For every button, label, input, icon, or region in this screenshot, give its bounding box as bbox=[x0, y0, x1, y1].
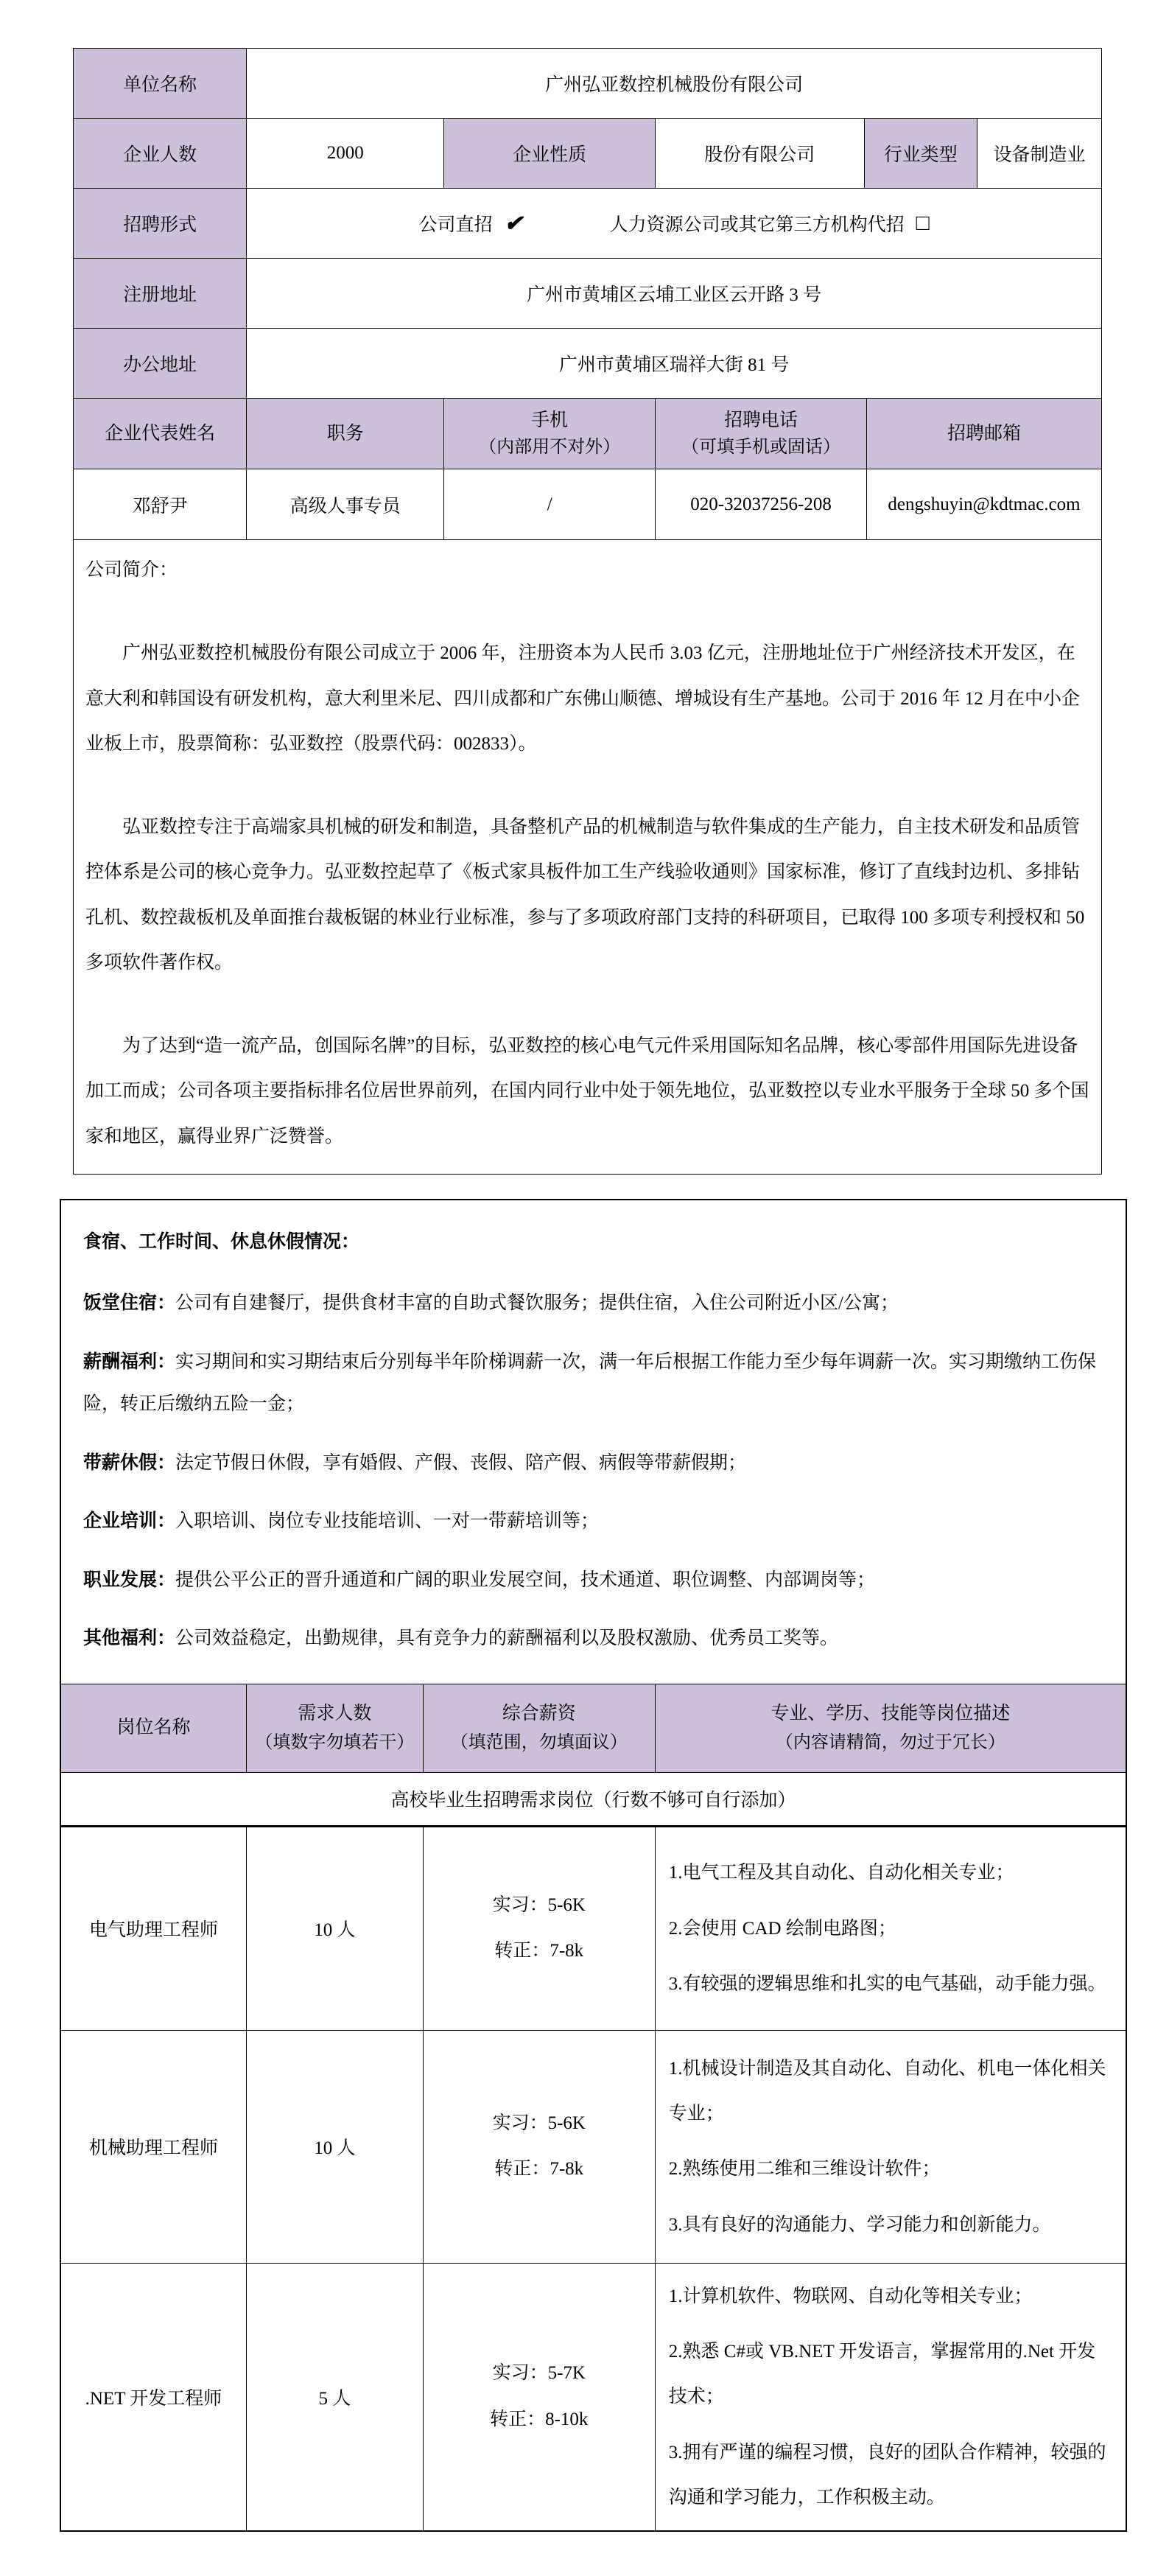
job-desc-item: 1.机械设计制造及其自动化、自动化、机电一体化相关专业； bbox=[669, 2046, 1112, 2137]
agency-recruit-option: 人力资源公司或其它第三方机构代招 □ bbox=[610, 210, 930, 237]
welfare-item-other: 其他福利：公司效益稳定，出勤规律，具有竞争力的薪酬福利以及股权激励、优秀员工奖等… bbox=[83, 1617, 1103, 1660]
job-salary: 实习：5-7K 转正：8-10k bbox=[423, 2263, 655, 2530]
company-profile-cell: 公司简介： 广州弘亚数控机械股份有限公司成立于 2006 年，注册资本为人民币 … bbox=[73, 540, 1102, 1175]
company-profile-title: 公司简介： bbox=[85, 547, 1089, 592]
welfare-item-text: 实习期间和实习期结束后分别每半年阶梯调薪一次，满一年后根据工作能力至少每年调薪一… bbox=[83, 1352, 1096, 1415]
contact-table: 企业代表姓名 职务 手机 （内部用不对外） 招聘电话 （可填手机或固话） 招聘邮… bbox=[73, 398, 1102, 540]
job-salary: 实习：5-6K 转正：7-8k bbox=[423, 2030, 655, 2263]
job-salary-header-note: （填范围，勿填面议） bbox=[431, 1729, 647, 1757]
direct-recruit-option: 公司直招 ✔ bbox=[418, 210, 522, 237]
welfare-item-label: 带薪休假： bbox=[83, 1453, 175, 1473]
contact-email-header: 招聘邮箱 bbox=[867, 399, 1102, 469]
job-description: 1.电气工程及其自动化、自动化相关专业； 2.会使用 CAD 绘制电路图； 3.… bbox=[655, 1826, 1126, 2030]
welfare-item-text: 公司有自建餐厅，提供食材丰富的自助式餐饮服务；提供住宿，入住公司附近小区/公寓； bbox=[175, 1293, 899, 1313]
contact-name-value: 邓舒尹 bbox=[74, 469, 247, 540]
job-row-electrical-engineer: 电气助理工程师 10 人 实习：5-6K 转正：7-8k 1.电气工程及其自动化… bbox=[61, 1826, 1126, 2030]
welfare-item-text: 提供公平公正的晋升通道和广阔的职业发展空间，技术通道、职位调整、内部调岗等； bbox=[175, 1570, 875, 1590]
nature-label: 企业性质 bbox=[444, 119, 656, 189]
job-salary-intern: 实习：5-6K bbox=[431, 2101, 647, 2147]
headcount-label: 企业人数 bbox=[74, 119, 247, 189]
welfare-item-training: 企业培训：入职培训、岗位专业技能培训、一对一带薪培训等； bbox=[83, 1500, 1103, 1543]
welfare-item-salary: 薪酬福利：实习期间和实习期结束后分别每半年阶梯调薪一次，满一年后根据工作能力至少… bbox=[83, 1341, 1103, 1426]
job-desc-item: 2.熟悉 C#或 VB.NET 开发语言，掌握常用的.Net 开发技术； bbox=[669, 2329, 1112, 2420]
direct-recruit-label: 公司直招 bbox=[418, 210, 492, 237]
job-count-header: 需求人数 （填数字勿填若干） bbox=[246, 1684, 423, 1772]
recruit-form-label: 招聘形式 bbox=[74, 189, 247, 259]
job-salary-regular: 转正：7-8k bbox=[431, 1928, 647, 1975]
jobs-section-title: 高校毕业生招聘需求岗位（行数不够可自行添加） bbox=[61, 1772, 1126, 1826]
company-profile-paragraph: 广州弘亚数控机械股份有限公司成立于 2006 年，注册资本为人民币 3.03 亿… bbox=[85, 631, 1089, 766]
job-position-header: 岗位名称 bbox=[61, 1684, 246, 1772]
unit-name-row: 单位名称 广州弘亚数控机械股份有限公司 bbox=[74, 49, 1102, 119]
welfare-item-career: 职业发展：提供公平公正的晋升通道和广阔的职业发展空间，技术通道、职位调整、内部调… bbox=[83, 1559, 1103, 1602]
agency-recruit-checkbox-icon[interactable]: □ bbox=[916, 211, 930, 236]
welfare-item-text: 公司效益稳定，出勤规律，具有竞争力的薪酬福利以及股权激励、优秀员工奖等。 bbox=[175, 1628, 838, 1648]
job-salary-header-main: 综合薪资 bbox=[431, 1699, 647, 1729]
registered-address-value: 广州市黄埔区云埔工业区云开路 3 号 bbox=[247, 259, 1102, 329]
office-address-label: 办公地址 bbox=[74, 329, 247, 399]
contact-phone-header: 招聘电话 （可填手机或固话） bbox=[656, 399, 867, 469]
job-salary: 实习：5-6K 转正：7-8k bbox=[423, 1826, 655, 2030]
job-position: .NET 开发工程师 bbox=[61, 2263, 246, 2530]
document-page: 单位名称 广州弘亚数控机械股份有限公司 企业人数 2000 企业性质 股份有限公… bbox=[0, 0, 1169, 2532]
jobs-section-row: 高校毕业生招聘需求岗位（行数不够可自行添加） bbox=[61, 1772, 1126, 1826]
welfare-item-text: 法定节假日休假，享有婚假、产假、丧假、陪产假、病假等带薪假期； bbox=[175, 1453, 746, 1473]
contact-header-row: 企业代表姓名 职务 手机 （内部用不对外） 招聘电话 （可填手机或固话） 招聘邮… bbox=[74, 399, 1102, 469]
job-salary-regular: 转正：7-8k bbox=[431, 2146, 647, 2193]
job-desc-item: 3.有较强的逻辑思维和扎实的电气基础，动手能力强。 bbox=[669, 1961, 1112, 2006]
contact-title-value: 高级人事专员 bbox=[247, 469, 444, 540]
contact-title-header: 职务 bbox=[247, 399, 444, 469]
recruit-form-value: 公司直招 ✔ 人力资源公司或其它第三方机构代招 □ bbox=[247, 189, 1102, 259]
contact-phone-value: 020-32037256-208 bbox=[656, 469, 867, 540]
contact-mobile-header-main: 手机 bbox=[452, 407, 647, 435]
job-desc-header-note: （内容请精简，勿过于冗长） bbox=[663, 1729, 1118, 1757]
contact-data-row: 邓舒尹 高级人事专员 / 020-32037256-208 dengshuyin… bbox=[74, 469, 1102, 540]
job-row-dotnet-engineer: .NET 开发工程师 5 人 实习：5-7K 转正：8-10k 1.计算机软件、… bbox=[61, 2263, 1126, 2530]
welfare-and-jobs-table: 食宿、工作时间、休息休假情况： 饭堂住宿：公司有自建餐厅，提供食材丰富的自助式餐… bbox=[60, 1199, 1127, 2532]
welfare-item-text: 入职培训、岗位专业技能培训、一对一带薪培训等； bbox=[175, 1511, 599, 1531]
job-desc-header: 专业、学历、技能等岗位描述 （内容请精简，勿过于冗长） bbox=[655, 1684, 1126, 1772]
job-desc-item: 3.拥有严谨的编程习惯，良好的团队合作精神，较强的沟通和学习能力，工作积极主动。 bbox=[669, 2430, 1112, 2521]
contact-mobile-value: / bbox=[444, 469, 656, 540]
welfare-item-label: 职业发展： bbox=[83, 1570, 175, 1590]
contact-email-value: dengshuyin@kdtmac.com bbox=[867, 469, 1102, 540]
job-desc-item: 1.电气工程及其自动化、自动化相关专业； bbox=[669, 1850, 1112, 1895]
contact-mobile-header: 手机 （内部用不对外） bbox=[444, 399, 656, 469]
job-desc-item: 2.熟练使用二维和三维设计软件； bbox=[669, 2146, 1112, 2191]
job-count: 10 人 bbox=[246, 2030, 423, 2263]
job-description: 1.计算机软件、物联网、自动化等相关专业； 2.熟悉 C#或 VB.NET 开发… bbox=[655, 2263, 1126, 2530]
company-info-table: 单位名称 广州弘亚数控机械股份有限公司 企业人数 2000 企业性质 股份有限公… bbox=[73, 48, 1102, 1175]
job-salary-intern: 实习：5-6K bbox=[431, 1883, 647, 1929]
unit-name-value: 广州弘亚数控机械股份有限公司 bbox=[247, 49, 1102, 119]
welfare-item-label: 饭堂住宿： bbox=[83, 1293, 175, 1313]
headcount-value: 2000 bbox=[247, 119, 444, 189]
company-profile-paragraph: 弘亚数控专注于高端家具机械的研发和制造，具备整机产品的机械制造与软件集成的生产能… bbox=[85, 805, 1089, 985]
recruit-form-row: 招聘形式 公司直招 ✔ 人力资源公司或其它第三方机构代招 □ bbox=[74, 189, 1102, 259]
job-salary-header: 综合薪资 （填范围，勿填面议） bbox=[423, 1684, 655, 1772]
registered-address-row: 注册地址 广州市黄埔区云埔工业区云开路 3 号 bbox=[74, 259, 1102, 329]
contact-mobile-header-note: （内部用不对外） bbox=[452, 434, 647, 461]
industry-label: 行业类型 bbox=[864, 119, 977, 189]
job-desc-header-main: 专业、学历、技能等岗位描述 bbox=[663, 1699, 1118, 1729]
job-desc-item: 2.会使用 CAD 绘制电路图； bbox=[669, 1906, 1112, 1951]
contact-name-header: 企业代表姓名 bbox=[74, 399, 247, 469]
agency-recruit-label: 人力资源公司或其它第三方机构代招 bbox=[610, 210, 905, 237]
company-basic-table: 单位名称 广州弘亚数控机械股份有限公司 企业人数 2000 企业性质 股份有限公… bbox=[73, 48, 1102, 399]
job-salary-intern: 实习：5-7K bbox=[431, 2351, 647, 2397]
jobs-header-row: 岗位名称 需求人数 （填数字勿填若干） 综合薪资 （填范围，勿填面议） 专业、学… bbox=[61, 1684, 1126, 1772]
contact-phone-header-main: 招聘电话 bbox=[663, 407, 859, 435]
job-salary-regular: 转正：8-10k bbox=[431, 2397, 647, 2443]
job-desc-item: 3.具有良好的沟通能力、学习能力和创新能力。 bbox=[669, 2202, 1112, 2247]
office-address-row: 办公地址 广州市黄埔区瑞祥大街 81 号 bbox=[74, 329, 1102, 399]
welfare-item-label: 薪酬福利： bbox=[83, 1352, 175, 1372]
jobs-table: 岗位名称 需求人数 （填数字勿填若干） 综合薪资 （填范围，勿填面议） 专业、学… bbox=[61, 1684, 1126, 2530]
job-count-header-note: （填数字勿填若干） bbox=[254, 1729, 415, 1757]
welfare-section: 食宿、工作时间、休息休假情况： 饭堂住宿：公司有自建餐厅，提供食材丰富的自助式餐… bbox=[61, 1200, 1126, 1684]
job-position: 机械助理工程师 bbox=[61, 2030, 246, 2263]
industry-value: 设备制造业 bbox=[977, 119, 1102, 189]
nature-value: 股份有限公司 bbox=[656, 119, 864, 189]
office-address-value: 广州市黄埔区瑞祥大街 81 号 bbox=[247, 329, 1102, 399]
job-count: 10 人 bbox=[246, 1826, 423, 2030]
welfare-item-label: 企业培训： bbox=[83, 1511, 175, 1531]
job-position: 电气助理工程师 bbox=[61, 1826, 246, 2030]
welfare-title: 食宿、工作时间、休息休假情况： bbox=[83, 1221, 1103, 1264]
welfare-item-paid-leave: 带薪休假：法定节假日休假，享有婚假、产假、丧假、陪产假、病假等带薪假期； bbox=[83, 1442, 1103, 1485]
job-count-header-main: 需求人数 bbox=[254, 1699, 415, 1729]
direct-recruit-checked-icon[interactable]: ✔ bbox=[504, 211, 522, 237]
job-row-mechanical-engineer: 机械助理工程师 10 人 实习：5-6K 转正：7-8k 1.机械设计制造及其自… bbox=[61, 2030, 1126, 2263]
job-count: 5 人 bbox=[246, 2263, 423, 2530]
welfare-item-canteen: 饭堂住宿：公司有自建餐厅，提供食材丰富的自助式餐饮服务；提供住宿，入住公司附近小… bbox=[83, 1282, 1103, 1325]
unit-name-label: 单位名称 bbox=[74, 49, 247, 119]
job-description: 1.机械设计制造及其自动化、自动化、机电一体化相关专业； 2.熟练使用二维和三维… bbox=[655, 2030, 1126, 2263]
registered-address-label: 注册地址 bbox=[74, 259, 247, 329]
company-profile-paragraph: 为了达到“造一流产品，创国际名牌”的目标，弘亚数控的核心电气元件采用国际知名品牌… bbox=[85, 1023, 1089, 1159]
job-desc-item: 1.计算机软件、物联网、自动化等相关专业； bbox=[669, 2274, 1112, 2319]
welfare-item-label: 其他福利： bbox=[83, 1628, 175, 1648]
company-size-row: 企业人数 2000 企业性质 股份有限公司 行业类型 设备制造业 bbox=[74, 119, 1102, 189]
contact-phone-header-note: （可填手机或固话） bbox=[663, 434, 859, 461]
